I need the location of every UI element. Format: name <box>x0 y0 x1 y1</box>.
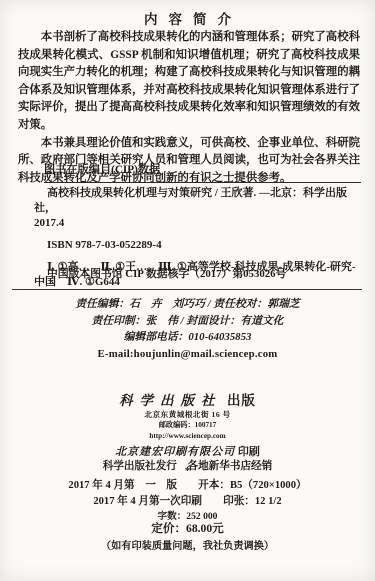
publisher-website: http://www.sciencep.com <box>0 432 375 440</box>
cip-title-line: 高校科技成果转化机理与对策研究 / 王欣著. —北京：科学出版社， <box>34 186 359 216</box>
cip-isbn: ISBN 978-7-03-052289-4 <box>34 238 359 253</box>
printer-role-label: 印刷 <box>238 446 260 458</box>
printer-name: 北京建宏印刷有限公司 <box>115 446 235 458</box>
publisher-postcode: 邮政编码：100717 <box>0 420 375 430</box>
printer-line: 北京建宏印刷有限公司 印刷 <box>0 443 375 459</box>
publisher-name: 科学出版社 <box>119 393 222 408</box>
staff-print-design-line: 责任印制：张 伟 / 封面设计：有道文化 <box>0 313 375 330</box>
publisher-role-label: 出版 <box>227 393 256 408</box>
impression-line: 2017 年 4 月第一次印刷 印张：12 1/2 <box>0 493 375 508</box>
cip-year-line: 2017.4 <box>34 216 359 231</box>
edition-line: 2017 年 4 月第 一 版 开本：B5（720×1000） <box>0 477 375 492</box>
staff-editors-line: 责任编辑：石 卉 刘巧巧 / 责任校对：郭瑞芝 <box>0 296 375 313</box>
asterisk-divider: * <box>0 465 375 477</box>
content-summary-title: 内容简介 <box>0 8 375 28</box>
publisher-imprint-line: 科学出版社 出版 <box>0 389 375 409</box>
cip-heading: 图书在版编目(CIP)数据 <box>44 164 160 176</box>
quality-note: （如有印装质量问题，我社负责调换） <box>0 537 375 552</box>
horizontal-divider <box>12 289 362 290</box>
cip-heading-rule: 图书在版编目(CIP)数据 <box>44 160 361 183</box>
publisher-address: 北京东黄城根北街 16 号 <box>0 409 375 420</box>
cip-record-number: 中国版本图书馆 CIP 数据核字（2017）第053026号 <box>47 266 359 281</box>
price-line: 定价：68.00元 <box>0 520 375 536</box>
summary-paragraph-1: 本书剖析了高校科技成果转化的内涵和管理体系；研究了高校科技成果转化模式、GSSP… <box>18 29 360 135</box>
editorial-phone: 编辑部电话：010-64035853 <box>0 329 375 346</box>
staff-credits: 责任编辑：石 卉 刘巧巧 / 责任校对：郭瑞芝 责任印制：张 伟 / 封面设计：… <box>0 296 375 362</box>
editorial-email: E-mail:houjunlin@mail.sciencep.com <box>0 346 375 363</box>
copyright-page: 内容简介 本书剖析了高校科技成果转化的内涵和管理体系；研究了高校科技成果转化模式… <box>0 0 375 581</box>
